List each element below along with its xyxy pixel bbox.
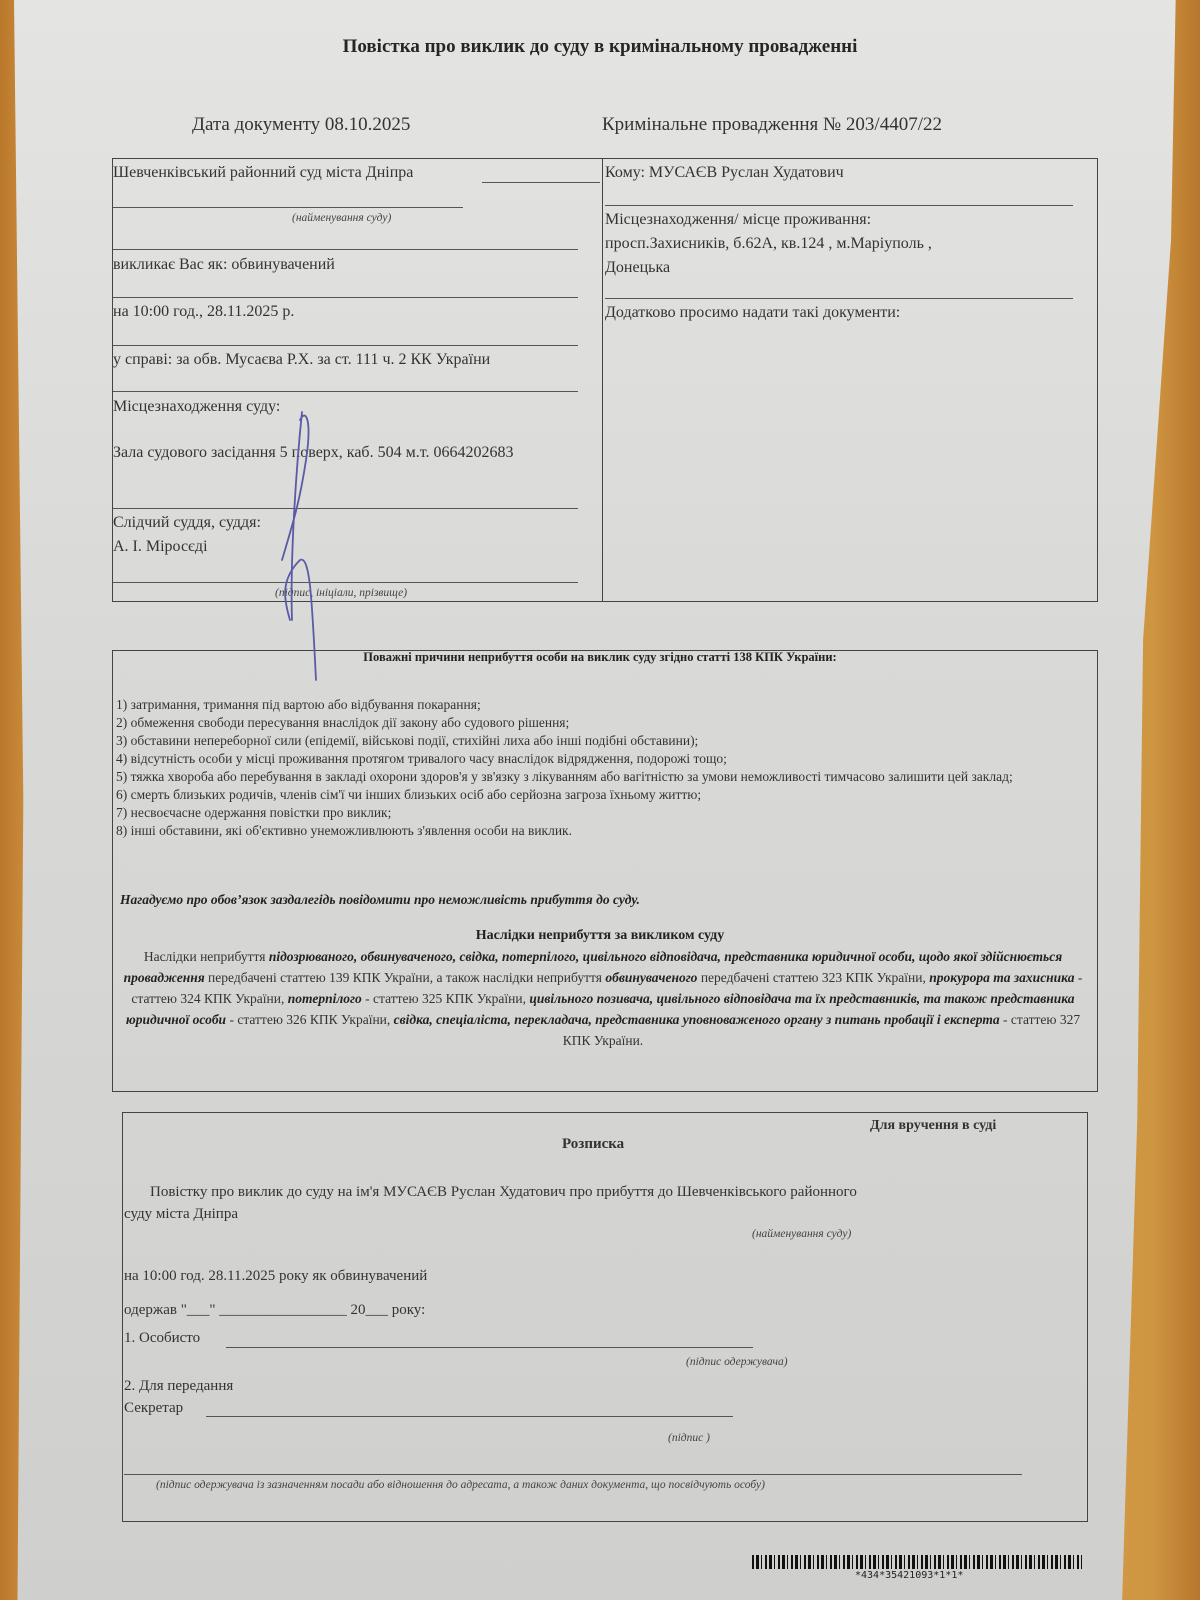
receipt-for-transfer: 2. Для передання <box>124 1378 233 1395</box>
emphasized-text: потерпілого <box>288 991 362 1006</box>
judge-label: Слідчий суддя, суддя: <box>113 514 261 532</box>
receipt-secretary: Секретар <box>124 1400 183 1417</box>
emphasized-text: свідка, спеціаліста, перекладача, предст… <box>394 1012 1000 1027</box>
reason-item: 7) несвоєчасне одержання повістки про ви… <box>116 804 1076 822</box>
text-run: передбачені статтею 323 КПК України, <box>697 970 929 985</box>
reason-item: 5) тяжка хвороба або перебування в закла… <box>116 768 1076 786</box>
reminder-note: Нагадуємо про обов’язок заздалегідь пові… <box>120 892 640 908</box>
court-location-label: Місцезнаходження суду: <box>113 398 280 416</box>
reason-item: 2) обмеження свободи пересування внаслід… <box>116 714 1076 732</box>
address-label: Місцезнаходження/ місце проживання: <box>605 211 871 229</box>
corner-note: Для вручення в суді <box>870 1118 996 1134</box>
reasons-list: 1) затримання, тримання під вартою або в… <box>116 696 1076 840</box>
court-name-line <box>113 207 463 208</box>
divider <box>113 345 578 346</box>
receipt-line-2: суду міста Дніпра <box>124 1206 238 1223</box>
document-title: Повістка про виклик до суду в кримінальн… <box>0 36 1200 58</box>
divider <box>113 391 578 392</box>
summons-role: викликає Вас як: обвинувачений <box>113 256 335 274</box>
receipt-title: Розписка <box>562 1136 624 1153</box>
barcode <box>752 1555 1082 1569</box>
divider <box>113 508 578 509</box>
court-name-underline <box>482 182 600 183</box>
court-location: Зала судового засідання 5 поверх, каб. 5… <box>113 444 513 462</box>
reason-item: 8) інші обставини, які об'єктивно унемож… <box>116 822 1076 840</box>
divider <box>605 205 1073 206</box>
hearing-time: на 10:00 год., 28.11.2025 р. <box>113 303 294 321</box>
recipient-signature-hint: (підпис одержувача) <box>686 1356 788 1368</box>
footer-signature-line <box>124 1474 1022 1475</box>
signature-hint: (підпис, ініціали, прізвище) <box>275 587 407 599</box>
consequences-heading: Наслідки неприбуття за викликом суду <box>110 928 1090 944</box>
receipt-time: на 10:00 год. 28.11.2025 року як обвинув… <box>124 1268 427 1285</box>
address-line-2: Донецька <box>605 259 670 277</box>
receipt-personally: 1. Особисто <box>124 1330 200 1347</box>
receipt-line-1: Повістку про виклик до суду на ім'я МУСА… <box>150 1184 857 1201</box>
barcode-number: *434*35421093*1*1* <box>855 1570 963 1581</box>
reason-item: 1) затримання, тримання під вартою або в… <box>116 696 1076 714</box>
documents-request: Додатково просимо надати такі документи: <box>605 304 900 322</box>
receipt-court-hint: (найменування суду) <box>752 1228 851 1240</box>
reason-item: 4) відсутність особи у місці проживання … <box>116 750 1076 768</box>
case-number: Кримінальне провадження № 203/4407/22 <box>602 114 942 136</box>
reason-item: 6) смерть близьких родичів, членів сім'ї… <box>116 786 1076 804</box>
reason-item: 3) обставини непереборної сили (епідемії… <box>116 732 1076 750</box>
text-run: - статтею 326 КПК України, <box>226 1012 394 1027</box>
emphasized-text: обвинуваченого <box>605 970 697 985</box>
secretary-signature-hint: (підпис ) <box>668 1432 710 1444</box>
divider <box>113 582 578 583</box>
text-run: Наслідки неприбуття <box>144 949 269 964</box>
secretary-signature-line <box>206 1416 733 1417</box>
footer-hint: (підпис одержувача із зазначенням посади… <box>156 1479 765 1491</box>
reasons-heading: Поважні причини неприбуття особи на викл… <box>110 650 1090 665</box>
document-date: Дата документу 08.10.2025 <box>192 114 410 136</box>
column-divider <box>602 158 603 602</box>
receipt-received: одержав "___" _________________ 20___ ро… <box>124 1302 425 1319</box>
court-name: Шевченківський районний суд міста Дніпра <box>113 164 413 182</box>
divider <box>605 298 1073 299</box>
personally-signature-line <box>226 1347 753 1348</box>
recipient-name: Кому: МУСАЄВ Руслан Худатович <box>605 164 844 182</box>
divider <box>113 297 578 298</box>
court-name-hint: (найменування суду) <box>292 212 391 224</box>
address-line-1: просп.Захисників, б.62А, кв.124 , м.Марі… <box>605 235 932 253</box>
emphasized-text: прокурора та захисника <box>929 970 1074 985</box>
case-description: у справі: за обв. Мусаєва Р.Х. за ст. 11… <box>113 351 490 369</box>
consequences-text: Наслідки неприбуття підозрюваного, обвин… <box>122 946 1084 1051</box>
judge-name: А. І. Міросєді <box>113 538 208 556</box>
text-run: - статтею 325 КПК України, <box>362 991 530 1006</box>
text-run: передбачені статтею 139 КПК України, а т… <box>205 970 606 985</box>
divider <box>113 249 578 250</box>
